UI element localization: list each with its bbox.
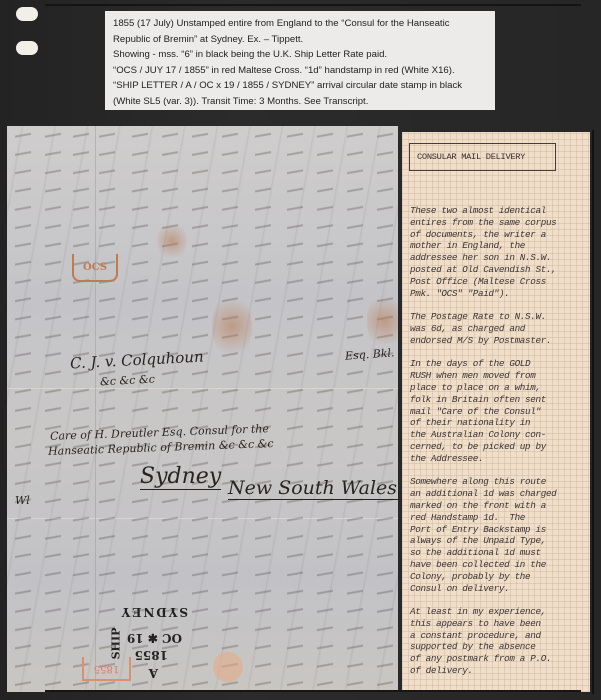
- caption-line: 1855 (17 July) Unstamped entire from Eng…: [113, 16, 487, 32]
- album-rule-bottom: [45, 690, 581, 692]
- note-heading: CONSULAR MAIL DELIVERY: [409, 143, 556, 171]
- postal-entire: [7, 126, 398, 692]
- caption-line: Showing - mss. “6” in black being the U.…: [113, 47, 487, 63]
- binder-punch-hole: [16, 41, 38, 55]
- note-paragraph: At least in my experience, this appears …: [410, 606, 590, 677]
- album-rule-top: [45, 4, 581, 6]
- foxing-stain: [157, 221, 187, 261]
- note-paragraph: The Postage Rate to N.S.W. was 6d, as ch…: [410, 311, 590, 346]
- note-paragraph: In the days of the GOLD RUSH when men mo…: [410, 358, 590, 464]
- cds-code: A: [149, 666, 158, 680]
- caption-line: (White SL5 (var. 3)). Transit Time: 3 Mo…: [113, 94, 487, 110]
- foxing-stain: [367, 291, 398, 351]
- cds-year: 1855: [135, 648, 168, 662]
- caption-line: “OCS / JUY 17 / 1855” in red Maltese Cro…: [113, 63, 487, 79]
- cds-ship-text: SHIP: [110, 628, 123, 660]
- address-state: New South Wales.: [228, 477, 403, 500]
- maltese-cross-postmark: OCS: [72, 254, 118, 282]
- red-circle-mark: [213, 652, 243, 682]
- red-handstamp: 1855: [82, 657, 131, 681]
- note-body: These two almost identical entires from …: [410, 205, 590, 689]
- album-page: 1855 (17 July) Unstamped entire from Eng…: [0, 0, 601, 700]
- address-city: Sydney: [140, 464, 221, 490]
- caption-line: Republic of Bremin” at Sydney. Ex. – Tip…: [113, 32, 487, 48]
- envelope-fold: [95, 126, 96, 692]
- note-paragraph: Somewhere along this route an additional…: [410, 476, 590, 594]
- cds-date: OC ✱ 19: [127, 631, 182, 645]
- caption-card: 1855 (17 July) Unstamped entire from Eng…: [105, 11, 495, 110]
- note-paragraph: These two almost identical entires from …: [410, 205, 590, 299]
- typed-note-card: CONSULAR MAIL DELIVERY These two almost …: [402, 132, 590, 692]
- caption-line: “SHIP LETTER / A / OC x 19 / 1855 / SYDN…: [113, 78, 487, 94]
- address-note: Wl: [15, 494, 30, 507]
- album-strip-edge: [592, 130, 594, 694]
- foxing-stain: [212, 291, 252, 361]
- binder-punch-hole: [16, 7, 38, 21]
- cds-town: SYDNEY: [120, 605, 188, 619]
